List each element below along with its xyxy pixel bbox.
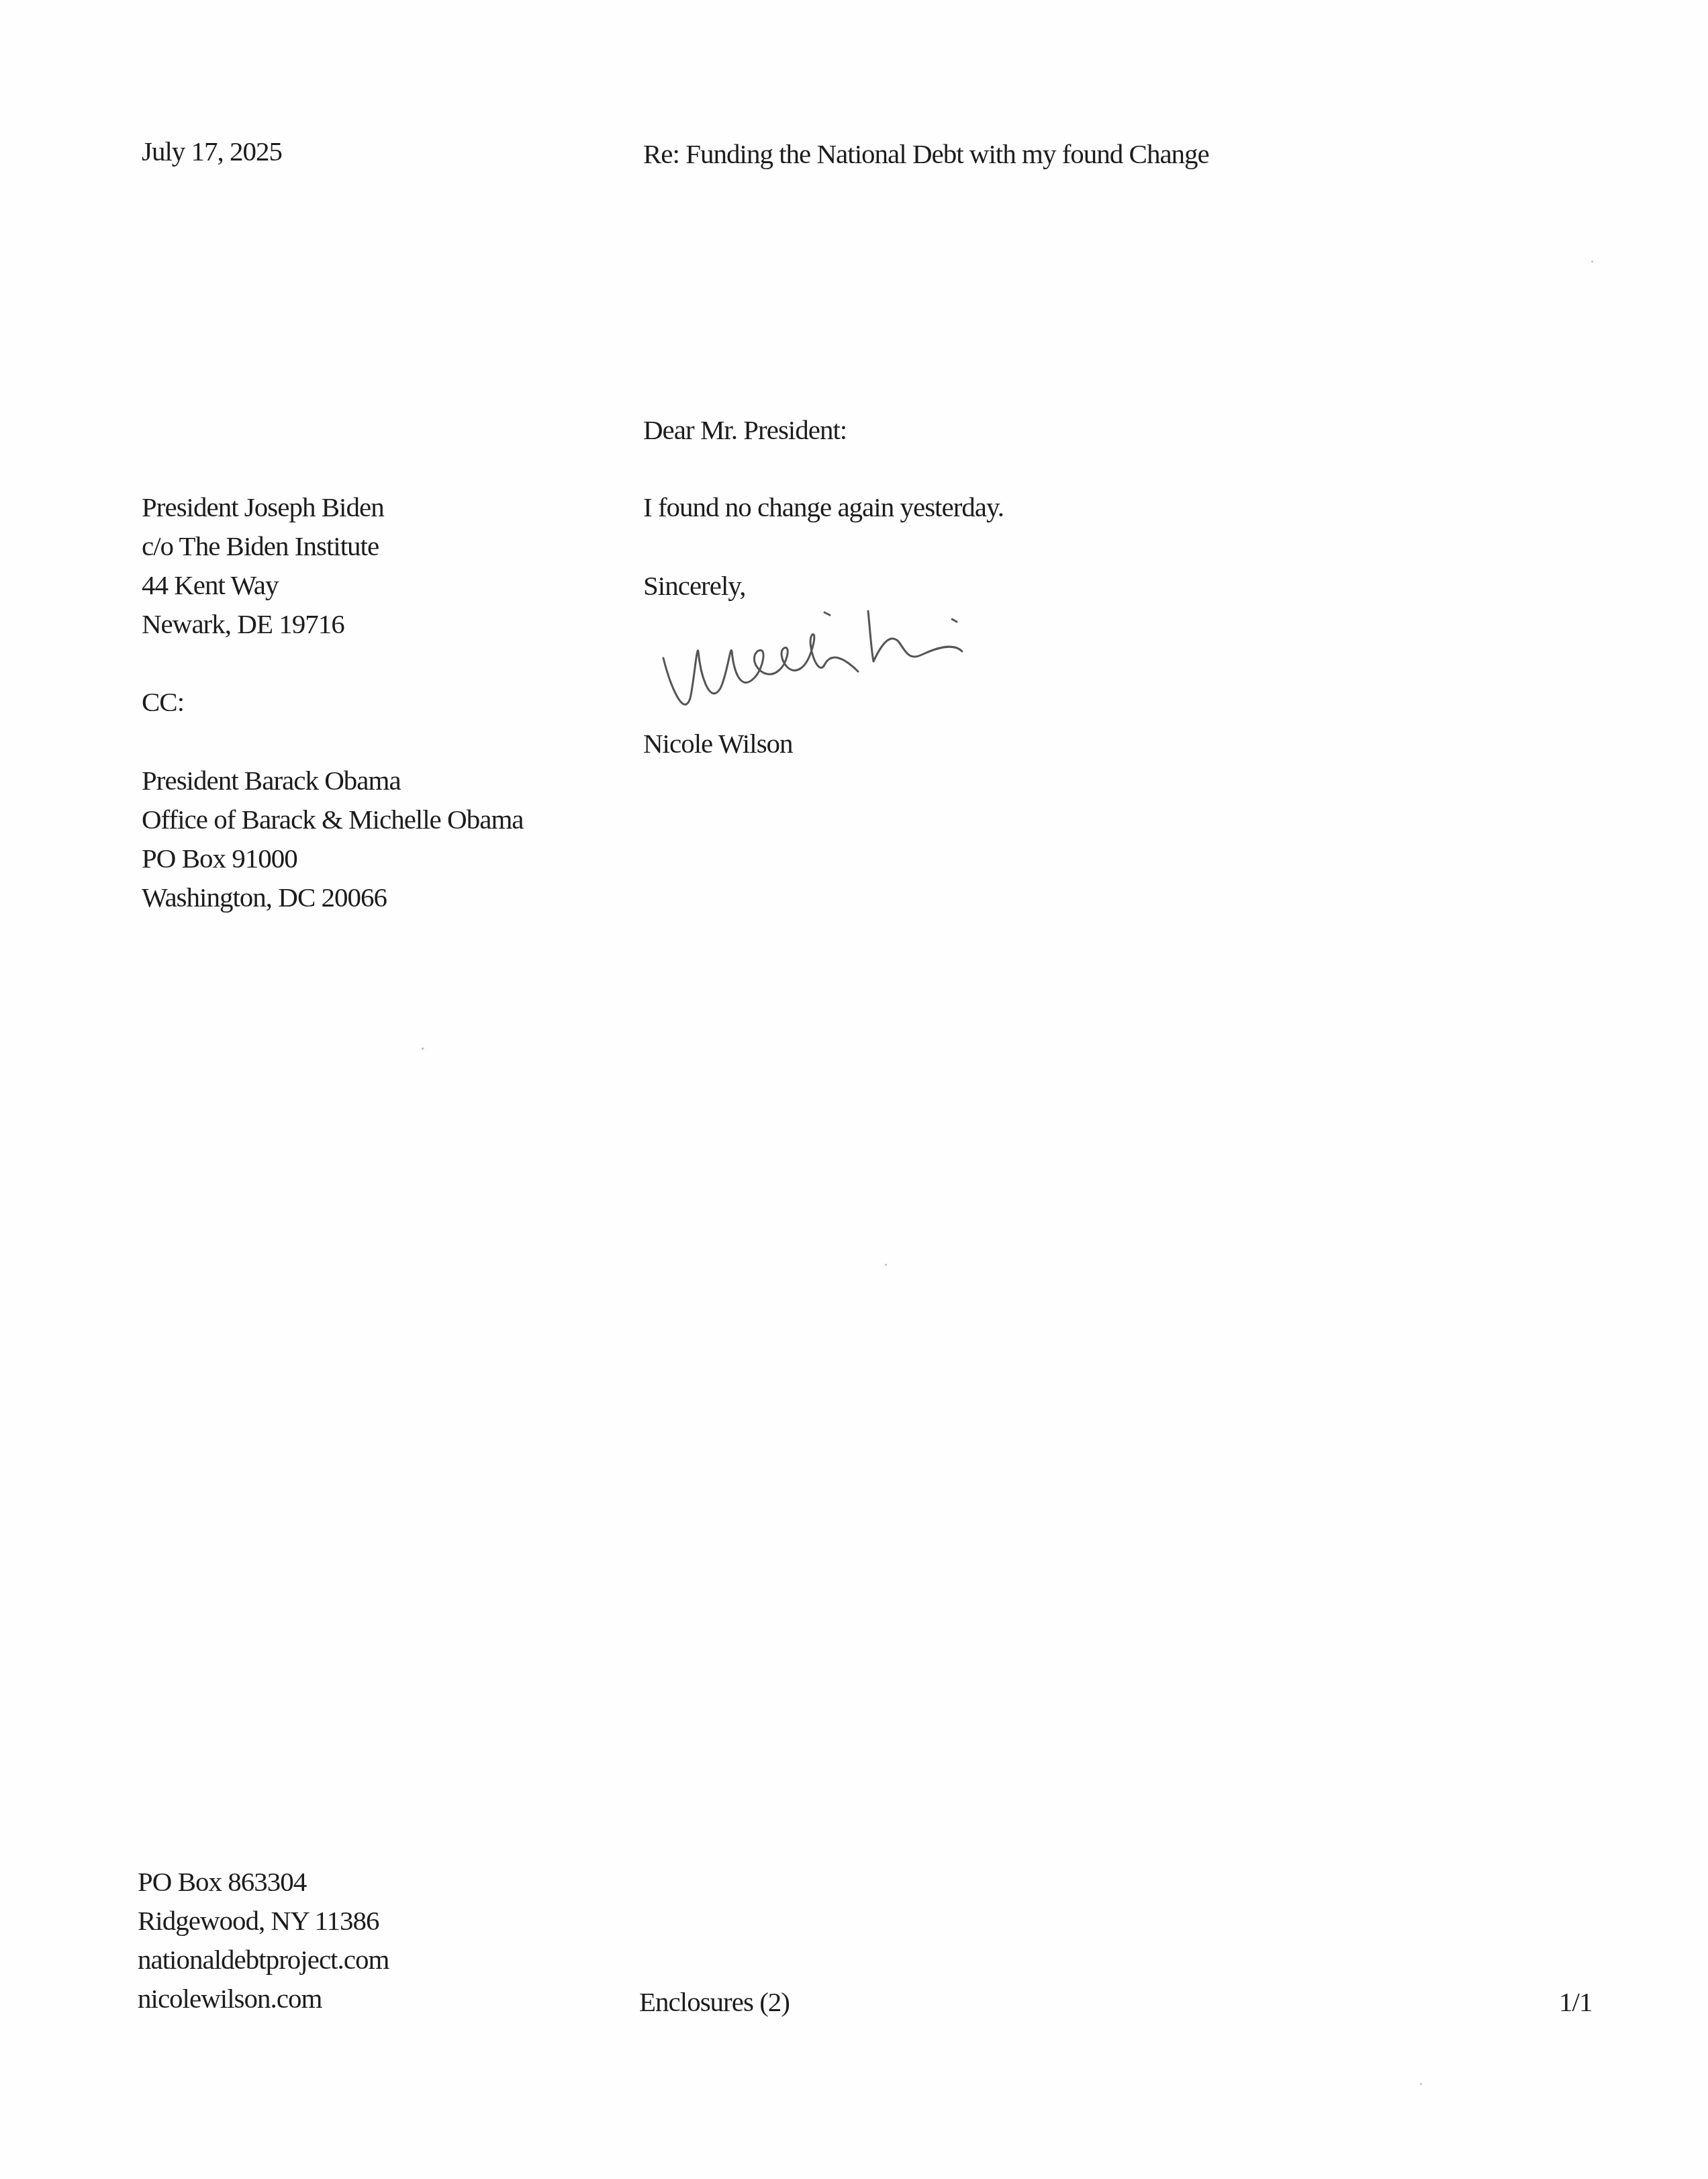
- letter-subject: Re: Funding the National Debt with my fo…: [643, 134, 1209, 173]
- cc-line: PO Box 91000: [142, 839, 523, 878]
- sender-line: PO Box 863304: [138, 1862, 389, 1901]
- letter-page: July 17, 2025 Re: Funding the National D…: [0, 0, 1708, 2179]
- recipient-line: c/o The Biden Institute: [142, 526, 384, 565]
- recipient-line: Newark, DE 19716: [142, 604, 384, 643]
- cc-label: CC:: [142, 682, 184, 721]
- sender-line: Ridgewood, NY 11386: [138, 1901, 389, 1940]
- cc-line: President Barack Obama: [142, 761, 523, 800]
- enclosures-note: Enclosures (2): [639, 1982, 790, 2021]
- salutation: Dear Mr. President:: [643, 410, 847, 449]
- scan-speck: [885, 1264, 887, 1266]
- sender-line: nationaldebtproject.com: [138, 1940, 389, 1979]
- cc-line: Washington, DC 20066: [142, 878, 523, 917]
- closing: Sincerely,: [643, 566, 745, 605]
- cc-line: Office of Barack & Michelle Obama: [142, 800, 523, 839]
- handwritten-signature-icon: [657, 604, 1006, 718]
- letter-date: July 17, 2025: [142, 132, 282, 171]
- page-number: 1/1: [1559, 1982, 1592, 2021]
- scan-speck: [1420, 2083, 1422, 2085]
- recipient-line: President Joseph Biden: [142, 488, 384, 526]
- sender-address: PO Box 863304 Ridgewood, NY 11386 nation…: [138, 1862, 389, 2018]
- scan-speck: [1591, 261, 1593, 263]
- recipient-address: President Joseph Biden c/o The Biden Ins…: [142, 488, 384, 643]
- cc-address: President Barack Obama Office of Barack …: [142, 761, 523, 917]
- sender-line: nicolewilson.com: [138, 1979, 389, 2018]
- scan-speck: [422, 1048, 424, 1050]
- letter-body: I found no change again yesterday.: [643, 488, 1004, 526]
- recipient-line: 44 Kent Way: [142, 565, 384, 604]
- signer-name: Nicole Wilson: [643, 724, 793, 763]
